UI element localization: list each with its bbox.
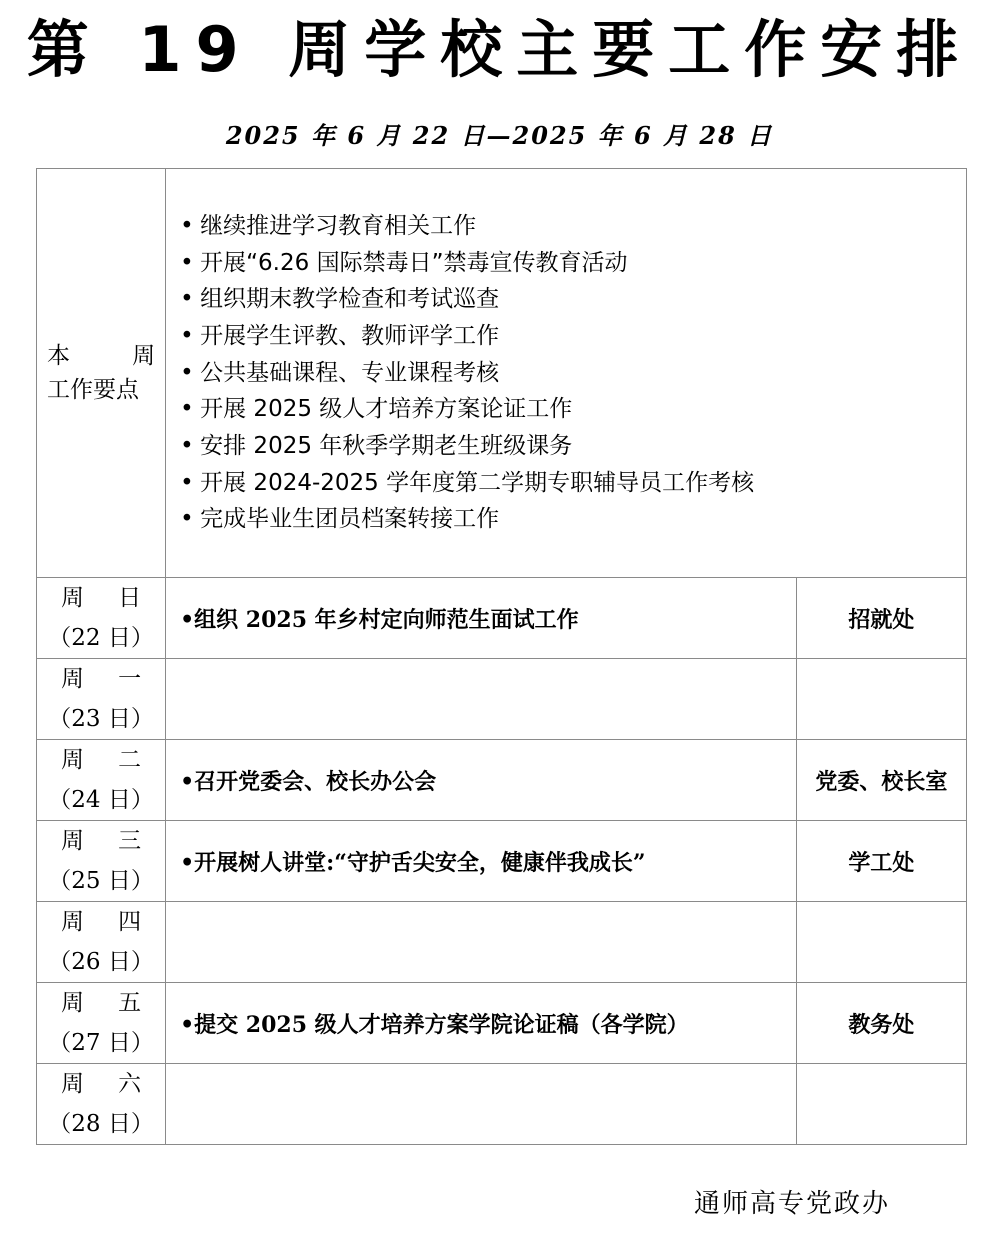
day-date: （25 日）	[37, 861, 165, 901]
weekly-focus-content: 继续推进学习教育相关工作 开展“6.26 国际禁毒日”禁毒宣传教育活动 组织期末…	[166, 169, 967, 578]
list-item: 公共基础课程、专业课程考核	[180, 355, 966, 392]
table-row: 周二（24 日） 召开党委会、校长办公会 党委、校长室	[37, 740, 967, 821]
list-item: 继续推进学习教育相关工作	[180, 208, 966, 245]
task-cell	[166, 902, 797, 983]
list-item: 开展学生评教、教师评学工作	[180, 318, 966, 355]
list-item: 开展 2024-2025 学年度第二学期专职辅导员工作考核	[180, 465, 966, 502]
day-cell: 周二（24 日）	[37, 740, 166, 821]
day-name: 一	[118, 659, 141, 699]
dept-cell: 招就处	[796, 578, 966, 659]
day-name: 三	[118, 821, 141, 861]
day-prefix: 周	[61, 578, 84, 618]
task-cell: 开展树人讲堂:“守护舌尖安全，健康伴我成长”	[166, 821, 797, 902]
day-prefix: 周	[61, 740, 84, 780]
dept-cell	[796, 902, 966, 983]
page-title: 第 19 周学校主要工作安排	[0, 10, 999, 90]
list-item: 完成毕业生团员档案转接工作	[180, 501, 966, 538]
day-cell: 周三（25 日）	[37, 821, 166, 902]
task-cell	[166, 1064, 797, 1145]
issuer-signature: 通师高专党政办	[694, 1183, 890, 1220]
day-name: 日	[118, 578, 141, 618]
task-cell	[166, 659, 797, 740]
day-cell: 周四（26 日）	[37, 902, 166, 983]
weekly-focus-row: 本周 工作要点 继续推进学习教育相关工作 开展“6.26 国际禁毒日”禁毒宣传教…	[37, 169, 967, 578]
day-date: （28 日）	[37, 1104, 165, 1144]
day-prefix: 周	[61, 1064, 84, 1104]
dept-cell: 党委、校长室	[796, 740, 966, 821]
day-prefix: 周	[61, 983, 84, 1023]
day-cell: 周日（22 日）	[37, 578, 166, 659]
weekly-focus-label: 本周 工作要点	[37, 169, 166, 578]
day-cell: 周六（28 日）	[37, 1064, 166, 1145]
list-item: 组织期末教学检查和考试巡查	[180, 281, 966, 318]
dept-cell	[796, 1064, 966, 1145]
dept-cell: 教务处	[796, 983, 966, 1064]
task-cell: 组织 2025 年乡村定向师范生面试工作	[166, 578, 797, 659]
day-date: （27 日）	[37, 1023, 165, 1063]
table-row: 周四（26 日）	[37, 902, 967, 983]
day-date: （24 日）	[37, 780, 165, 820]
day-name: 二	[118, 740, 141, 780]
table-row: 周日（22 日） 组织 2025 年乡村定向师范生面试工作 招就处	[37, 578, 967, 659]
dept-cell	[796, 659, 966, 740]
label-char: 本	[47, 339, 70, 373]
day-cell: 周五（27 日）	[37, 983, 166, 1064]
table-row: 周三（25 日） 开展树人讲堂:“守护舌尖安全，健康伴我成长” 学工处	[37, 821, 967, 902]
table-row: 周一（23 日）	[37, 659, 967, 740]
day-date: （22 日）	[37, 618, 165, 658]
day-cell: 周一（23 日）	[37, 659, 166, 740]
day-date: （26 日）	[37, 942, 165, 982]
table-row: 周六（28 日）	[37, 1064, 967, 1145]
list-item: 开展 2025 级人才培养方案论证工作	[180, 391, 966, 428]
schedule-table: 本周 工作要点 继续推进学习教育相关工作 开展“6.26 国际禁毒日”禁毒宣传教…	[36, 168, 967, 1145]
label-line: 工作要点	[47, 373, 155, 407]
list-item: 安排 2025 年秋季学期老生班级课务	[180, 428, 966, 465]
day-prefix: 周	[61, 659, 84, 699]
table-row: 周五（27 日） 提交 2025 级人才培养方案学院论证稿（各学院） 教务处	[37, 983, 967, 1064]
label-char: 周	[132, 339, 155, 373]
day-date: （23 日）	[37, 699, 165, 739]
task-cell: 提交 2025 级人才培养方案学院论证稿（各学院）	[166, 983, 797, 1064]
focus-list: 继续推进学习教育相关工作 开展“6.26 国际禁毒日”禁毒宣传教育活动 组织期末…	[166, 208, 966, 538]
day-prefix: 周	[61, 902, 84, 942]
day-name: 六	[118, 1064, 141, 1104]
task-cell: 召开党委会、校长办公会	[166, 740, 797, 821]
list-item: 开展“6.26 国际禁毒日”禁毒宣传教育活动	[180, 245, 966, 282]
day-prefix: 周	[61, 821, 84, 861]
dept-cell: 学工处	[796, 821, 966, 902]
day-name: 五	[118, 983, 141, 1023]
day-name: 四	[118, 902, 141, 942]
date-range: 2025 年 6 月 22 日—2025 年 6 月 28 日	[0, 118, 999, 154]
